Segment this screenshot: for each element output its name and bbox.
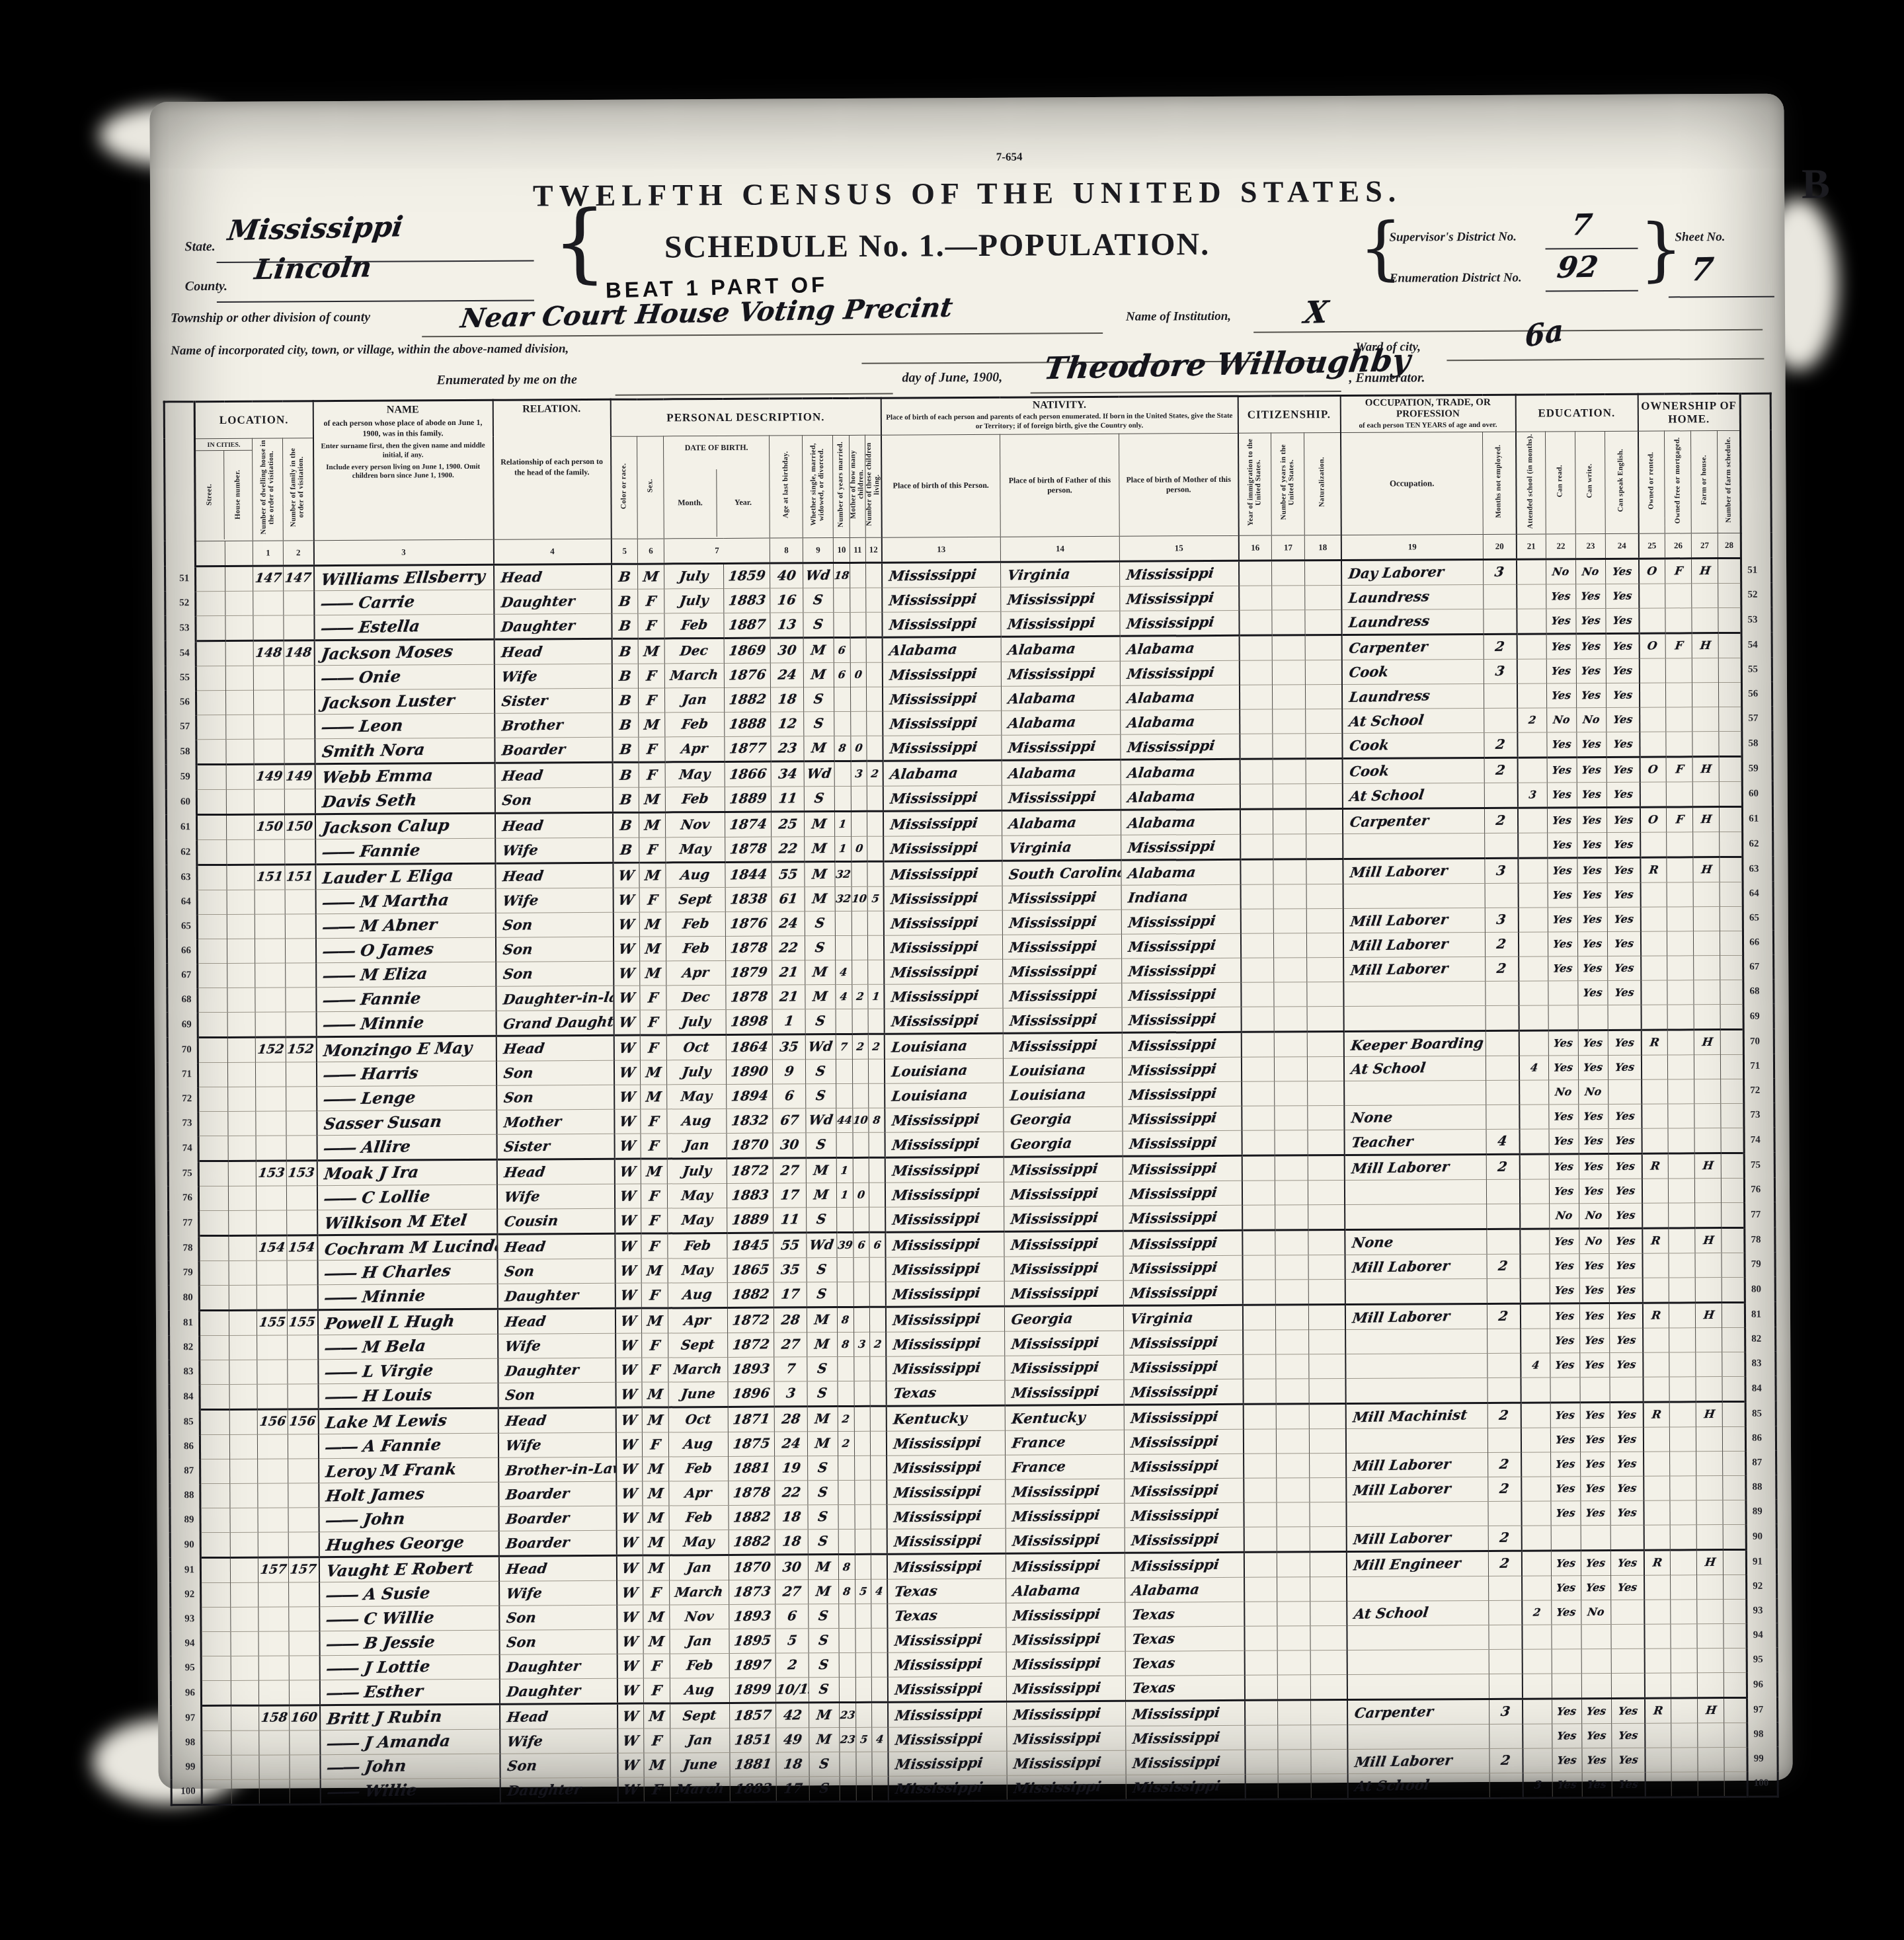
row-number-left: 98 <box>171 1730 202 1755</box>
row-number-right: 52 <box>1741 583 1772 607</box>
cell-cl <box>871 1604 887 1628</box>
cell-o2 <box>1669 1253 1695 1278</box>
cell-p2: Mississippi <box>1002 885 1121 910</box>
cell-o4 <box>1724 1574 1747 1599</box>
cell-o1 <box>1640 683 1666 707</box>
cell-ms: Wd <box>807 1232 837 1257</box>
cell-cl: 1 <box>868 984 884 1009</box>
cell-c16 <box>1243 1330 1276 1354</box>
cell-ms: S <box>806 1083 836 1108</box>
cell-c16 <box>1240 809 1273 834</box>
cell-o3 <box>1692 781 1719 806</box>
cell-ms: S <box>808 1529 838 1554</box>
row-number-left: 61 <box>166 814 196 839</box>
cell-nm: Jackson Luster <box>314 689 494 714</box>
cell-c16 <box>1243 1354 1276 1379</box>
cell-rd: Yes <box>1552 1772 1582 1797</box>
cell-bm: Feb <box>665 787 725 812</box>
cell-bm: Dec <box>666 985 726 1009</box>
cell-bm: May <box>669 1530 729 1555</box>
cell-s: F <box>639 888 666 912</box>
cell-hn <box>227 1037 255 1062</box>
cell-p3: Mississippi <box>1125 1527 1244 1553</box>
cell-p3: Mississippi <box>1122 958 1241 983</box>
cell-hn <box>225 566 253 591</box>
cell-p1: Mississippi <box>885 1182 1004 1207</box>
cell-st <box>199 1261 229 1285</box>
cell-ag: 2 <box>775 1653 809 1678</box>
cell-o2 <box>1667 907 1693 931</box>
cell-ag: 28 <box>774 1407 807 1432</box>
cell-c: W <box>617 1580 643 1605</box>
cell-c: W <box>614 1010 640 1035</box>
cell-ym: 1 <box>836 1157 853 1183</box>
cell-wr: Yes <box>1578 1030 1608 1055</box>
cell-c18 <box>1310 1502 1346 1526</box>
cell-bm: Sept <box>668 1333 728 1357</box>
cell-c18 <box>1310 1477 1346 1502</box>
cell-ms: M <box>807 1406 838 1431</box>
cell-sc <box>1521 1526 1551 1551</box>
cell-rd <box>1551 1525 1581 1550</box>
cell-wr: Yes <box>1577 931 1607 956</box>
cell-p2: Mississippi <box>1004 1231 1123 1257</box>
cell-o1 <box>1640 707 1666 732</box>
cell-sp: Yes <box>1611 1575 1644 1600</box>
cell-sc <box>1519 1030 1548 1056</box>
cell-hn <box>225 690 253 715</box>
row-number-left: 65 <box>167 914 197 939</box>
cell-o3 <box>1694 1004 1720 1029</box>
cell-st <box>196 615 225 640</box>
cell-p1: Mississippi <box>887 1553 1006 1579</box>
cell-ag: 18 <box>776 1752 809 1777</box>
cell-mn: 2 <box>1484 732 1517 757</box>
row-number-left: 68 <box>167 988 198 1012</box>
cell-nm: ―― Esther <box>319 1679 499 1705</box>
cell-hn <box>228 1186 256 1210</box>
cell-ms: M <box>803 637 834 662</box>
cell-ag: 49 <box>776 1728 809 1752</box>
row-number-left: 87 <box>170 1459 200 1483</box>
cell-o3 <box>1693 906 1720 931</box>
cell-p1: Mississippi <box>885 1306 1004 1332</box>
row-number-left: 80 <box>169 1285 199 1310</box>
cell-mc <box>851 811 867 836</box>
cell-f <box>286 1110 317 1135</box>
cell-cl: 2 <box>868 1034 884 1059</box>
cell-sc <box>1523 1748 1552 1773</box>
cell-s: M <box>643 1555 669 1580</box>
cell-hn <box>227 890 255 914</box>
cell-sp: Yes <box>1608 1179 1642 1203</box>
cell-sc <box>1521 1501 1551 1526</box>
cell-p1: Mississippi <box>884 959 1003 984</box>
cell-c: W <box>614 1035 640 1060</box>
cell-rd: No <box>1547 707 1577 732</box>
cell-sp: Yes <box>1610 1352 1643 1377</box>
cell-mn <box>1486 1179 1519 1204</box>
cell-rd <box>1548 980 1578 1005</box>
cell-o3 <box>1695 1277 1722 1302</box>
cell-d <box>258 1631 289 1656</box>
cell-c: W <box>615 1432 642 1457</box>
cell-o1 <box>1644 1649 1671 1673</box>
cell-hn <box>229 1409 257 1434</box>
cell-ym: 39 <box>837 1232 853 1257</box>
name-group: NAME of each person whose place of abode… <box>313 400 493 540</box>
nativity-desc: Place of birth of each person and parent… <box>881 410 1237 433</box>
cell-bm: May <box>667 1084 727 1108</box>
cell-sp: Yes <box>1606 658 1639 683</box>
cell-o1 <box>1640 882 1667 907</box>
cell-d <box>255 963 286 988</box>
cell-c: B <box>612 713 639 737</box>
cell-o4 <box>1720 806 1743 832</box>
cell-mn: 3 <box>1489 1699 1523 1724</box>
cell-sp: Yes <box>1608 1128 1642 1153</box>
cell-s: F <box>641 1233 668 1259</box>
cell-oc <box>1343 883 1485 908</box>
cell-st <box>198 1062 227 1087</box>
cell-mn: 2 <box>1488 1477 1521 1501</box>
row-number-right: 85 <box>1745 1401 1776 1426</box>
cell-ag: 24 <box>772 912 805 936</box>
cell-ms: M <box>805 861 835 886</box>
cell-f <box>286 1185 317 1210</box>
cell-rl: Son <box>496 1060 614 1085</box>
cell-by: 1877 <box>725 736 771 761</box>
cell-c: W <box>617 1605 643 1629</box>
row-number-left: 76 <box>168 1186 198 1210</box>
cell-s: F <box>641 1184 667 1208</box>
cell-st <box>202 1755 231 1779</box>
cell-rl: Head <box>494 564 612 590</box>
cell-c16 <box>1241 1032 1274 1057</box>
row-number-left: 95 <box>171 1656 201 1680</box>
cell-c18 <box>1305 585 1341 609</box>
cell-p1: Mississippi <box>882 587 1001 612</box>
cell-st <box>200 1360 229 1384</box>
cell-rd: Yes <box>1548 931 1577 956</box>
cell-s: F <box>640 1010 666 1035</box>
cell-mn <box>1486 1005 1519 1030</box>
cell-nm: Smith Nora <box>315 738 495 763</box>
cell-o2 <box>1668 1128 1694 1153</box>
cell-o3 <box>1694 931 1720 955</box>
cell-o2 <box>1669 1203 1695 1228</box>
cell-bm: July <box>664 563 724 588</box>
row-number-right: 81 <box>1745 1302 1776 1327</box>
cell-hn <box>226 789 254 814</box>
cell-c17 <box>1275 1280 1308 1305</box>
cell-cl <box>866 612 882 637</box>
cell-ym: 2 <box>838 1406 854 1431</box>
cell-ag: 22 <box>775 1481 808 1505</box>
cell-c: W <box>614 961 640 986</box>
cell-bm: Feb <box>669 1456 729 1481</box>
cell-sp: Yes <box>1606 782 1640 807</box>
cell-s: F <box>640 1035 666 1060</box>
cell-ag: 18 <box>770 687 803 712</box>
cell-mn: 2 <box>1485 808 1518 833</box>
cell-oc: None <box>1345 1229 1487 1255</box>
cell-mc: 10 <box>853 1108 869 1132</box>
cell-p1: Mississippi <box>887 1528 1006 1554</box>
cell-p1: Mississippi <box>886 1430 1005 1455</box>
row-number-right: 91 <box>1746 1549 1776 1574</box>
cell-bm: Feb <box>665 712 725 736</box>
cell-mc <box>855 1455 871 1480</box>
cell-rl: Daughter <box>499 1654 617 1679</box>
cell-mn <box>1487 1377 1521 1403</box>
cell-mc <box>853 1307 869 1332</box>
cell-wr: Yes <box>1576 658 1606 683</box>
cell-ag: 27 <box>774 1333 807 1357</box>
cell-p2: Mississippi <box>1006 1528 1125 1553</box>
cell-mn: 2 <box>1488 1551 1521 1576</box>
cell-c18 <box>1310 1551 1346 1576</box>
cell-c18 <box>1306 808 1343 834</box>
cell-c17 <box>1278 1700 1311 1725</box>
cell-s: F <box>642 1333 668 1358</box>
cell-p1: Mississippi <box>885 1281 1004 1307</box>
cell-f <box>284 714 315 738</box>
cell-rl: Boarder <box>498 1481 616 1506</box>
cell-mc <box>852 861 867 886</box>
cell-nm: Cochram M Lucinda <box>317 1234 497 1260</box>
cell-c17 <box>1276 1429 1309 1454</box>
cell-f <box>285 889 315 913</box>
cell-oc: At School <box>1342 708 1484 733</box>
cell-hn <box>227 1062 255 1087</box>
cell-o2 <box>1670 1525 1696 1550</box>
cell-cl <box>870 1356 886 1381</box>
cell-o1 <box>1643 1427 1669 1452</box>
cell-by: 1851 <box>730 1728 776 1752</box>
cell-st <box>201 1680 231 1705</box>
cell-o4 <box>1723 1500 1746 1524</box>
cell-by: 1897 <box>729 1653 775 1678</box>
pob-label: Place of birth of this Person. <box>881 434 1001 537</box>
cell-by: 1889 <box>725 787 771 812</box>
cell-nm: ―― Leon <box>315 713 495 738</box>
cell-bm: Jan <box>670 1728 730 1752</box>
cell-f <box>288 1434 318 1458</box>
cell-c18 <box>1306 834 1343 859</box>
cell-oc: Cook <box>1341 659 1484 684</box>
cell-sp: Yes <box>1609 1253 1642 1278</box>
cell-wr <box>1581 1525 1610 1550</box>
cell-ms: Wd <box>805 1034 836 1059</box>
farm-house-label: Farm or house. <box>1691 430 1718 533</box>
cell-p2: South Carolina <box>1002 860 1121 886</box>
cell-mc: 5 <box>856 1727 872 1752</box>
row-number-left: 78 <box>169 1235 199 1261</box>
cell-ym <box>840 1752 856 1776</box>
cell-s: F <box>641 1283 668 1308</box>
cell-rl: Wife <box>495 888 613 913</box>
cell-p3: Mississippi <box>1124 1330 1243 1355</box>
cell-c18 <box>1308 1204 1345 1229</box>
cell-p2: Mississippi <box>1005 1355 1124 1380</box>
row-number-right: 65 <box>1743 906 1773 931</box>
cell-mc: 3 <box>851 761 867 786</box>
cell-mn: 2 <box>1484 634 1517 659</box>
cell-o2 <box>1671 1772 1698 1797</box>
cell-by: 1887 <box>724 613 770 638</box>
cell-mc <box>850 687 866 711</box>
cell-ym <box>836 1009 852 1034</box>
cell-d <box>257 1210 287 1235</box>
cell-sc <box>1519 981 1548 1005</box>
cell-o3 <box>1694 1103 1721 1128</box>
cell-c16 <box>1243 1379 1276 1404</box>
cell-rd: Yes <box>1550 1253 1579 1278</box>
row-number-left: 92 <box>171 1582 201 1607</box>
cell-s: M <box>639 912 666 937</box>
cell-c17 <box>1273 884 1306 909</box>
cell-p3: Mississippi <box>1122 982 1241 1007</box>
cell-nm: Britt J Rubin <box>320 1704 500 1730</box>
cell-bm: Aug <box>666 862 725 887</box>
cell-s: M <box>639 812 665 837</box>
cell-oc: Carpenter <box>1343 808 1485 834</box>
cell-rd: Yes <box>1546 633 1576 658</box>
cell-nm: Davis Seth <box>315 788 495 814</box>
cell-st <box>196 591 225 615</box>
cell-sc <box>1519 1179 1549 1204</box>
cell-hn <box>229 1285 257 1310</box>
cell-f <box>289 1655 319 1680</box>
cell-c17 <box>1273 759 1306 784</box>
cell-wr: Yes <box>1580 1352 1610 1377</box>
cell-sc <box>1522 1674 1552 1699</box>
cell-c17 <box>1272 561 1305 586</box>
cell-s: M <box>643 1629 670 1654</box>
cell-ms: Wd <box>804 761 834 786</box>
cell-o4 <box>1721 1103 1744 1128</box>
cell-mc <box>855 1652 871 1677</box>
row-number-left: 59 <box>166 764 196 789</box>
cell-st <box>196 814 226 839</box>
cell-c: W <box>613 937 639 961</box>
cell-oc <box>1345 1353 1487 1378</box>
cell-cl <box>869 1083 885 1108</box>
cell-p2: Mississippi <box>1005 1379 1124 1405</box>
cell-hn <box>228 1087 256 1111</box>
cell-ms: S <box>808 1480 838 1504</box>
cell-o2 <box>1671 1649 1697 1673</box>
cell-c16 <box>1245 1700 1278 1725</box>
cell-o3 <box>1697 1672 1724 1697</box>
cell-st <box>196 789 226 814</box>
cell-mc <box>851 711 867 736</box>
row-number-right: 79 <box>1745 1253 1775 1277</box>
cell-by: 1874 <box>725 812 771 837</box>
cell-ag: 10/12 <box>775 1678 809 1703</box>
cell-f: 153 <box>286 1160 317 1185</box>
cell-bm: Feb <box>666 936 725 960</box>
census-table: LOCATION. NAME of each person whose plac… <box>163 393 1779 1806</box>
cell-hn <box>226 764 254 789</box>
cell-o4 <box>1724 1771 1747 1797</box>
cell-c17 <box>1273 784 1306 809</box>
cell-f <box>290 1754 320 1779</box>
cell-o4 <box>1724 1648 1747 1672</box>
cell-sp: Yes <box>1608 1104 1642 1128</box>
cell-c17 <box>1274 1007 1307 1032</box>
cell-o2 <box>1669 1303 1695 1328</box>
row-number-right: 58 <box>1742 731 1772 756</box>
cell-mc: 5 <box>855 1579 871 1604</box>
color-label: Color or race. <box>610 436 637 539</box>
row-number-left: 56 <box>165 690 196 715</box>
cell-p2: Mississippi <box>1007 1775 1126 1801</box>
cell-cl <box>871 1504 887 1529</box>
cell-nm: Webb Emma <box>315 763 495 789</box>
cell-sp <box>1608 1079 1642 1104</box>
cell-o4 <box>1722 1426 1745 1451</box>
row-number-right: 88 <box>1746 1475 1776 1500</box>
cell-hn <box>231 1779 259 1804</box>
cell-o4 <box>1722 1227 1745 1253</box>
cell-s: M <box>641 1085 667 1109</box>
cell-nm: Hughes George <box>319 1531 498 1557</box>
cell-cl <box>869 1132 885 1157</box>
cell-f <box>288 1383 318 1409</box>
cell-sc: 4 <box>1519 1056 1548 1080</box>
cell-st <box>198 1111 228 1136</box>
cell-st <box>200 1459 230 1483</box>
cell-c: B <box>612 613 638 639</box>
cell-c17 <box>1277 1626 1310 1650</box>
cell-sp: Yes <box>1610 1452 1644 1476</box>
cell-c16 <box>1239 660 1272 685</box>
cell-mn <box>1484 783 1517 808</box>
cell-p3: Mississippi <box>1125 1478 1244 1503</box>
cell-ym <box>837 1257 853 1282</box>
cell-o2 <box>1668 1153 1694 1179</box>
yrs-in-us-label: Number of years in the United States. <box>1271 433 1305 535</box>
row-number-right: 75 <box>1744 1153 1774 1178</box>
cell-p3: Mississippi <box>1122 1032 1241 1058</box>
cell-f <box>285 839 315 864</box>
cell-p1: Mississippi <box>888 1751 1007 1776</box>
cell-p3: Alabama <box>1121 859 1240 885</box>
cell-mn <box>1489 1600 1522 1625</box>
cell-cl <box>866 637 882 662</box>
cell-c18 <box>1310 1625 1347 1650</box>
cell-oc: Mill Laborer <box>1345 1303 1487 1329</box>
cell-oc <box>1345 1428 1487 1453</box>
cell-o2: F <box>1666 757 1692 782</box>
cell-ym <box>835 935 852 960</box>
cell-cl <box>870 1381 886 1406</box>
cell-o1 <box>1644 1600 1671 1624</box>
cell-f <box>289 1631 319 1655</box>
cell-rl: Brother-in-Law <box>498 1457 616 1482</box>
row-number-left: 85 <box>169 1409 200 1434</box>
cell-ym <box>840 1776 856 1801</box>
cell-bm: Feb <box>670 1653 729 1678</box>
cell-nm: ―― C Lollie <box>317 1184 496 1210</box>
cell-p3: Mississippi <box>1123 1255 1242 1280</box>
cell-o4 <box>1720 906 1743 931</box>
row-number-right: 82 <box>1745 1327 1776 1352</box>
cell-hn <box>230 1483 258 1508</box>
state-label: State. <box>184 239 215 254</box>
